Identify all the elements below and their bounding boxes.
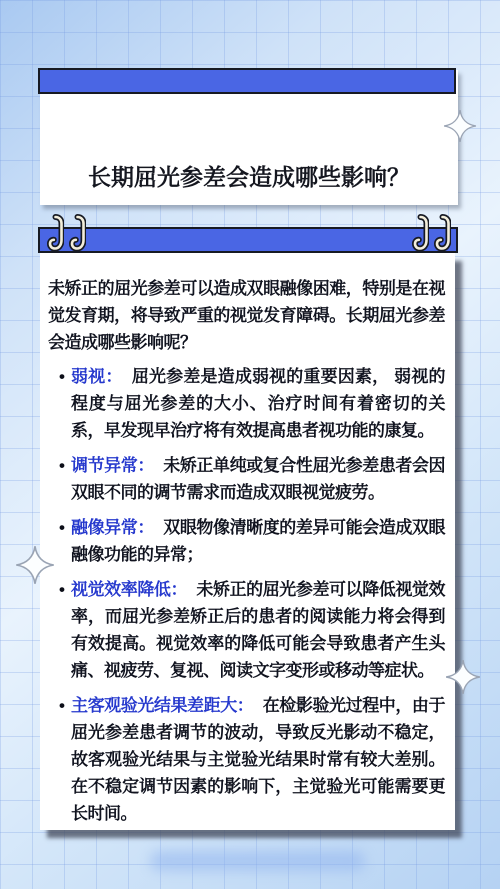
list-item: 融像异常：双眼物像清晰度的差异可能会造成双眼融像功能的异常； xyxy=(48,514,445,568)
list-item: 弱视：屈光参差是造成弱视的重要因素， 弱视的程度与屈光参差的大小、治疗时间有着密… xyxy=(48,363,445,444)
binder-ring-icon xyxy=(69,213,86,253)
binder-bar xyxy=(38,227,458,253)
list-item: 视觉效率降低：未矫正的屈光参差可以降低视觉效率，而屈光参差矫正后的患者的阅读能力… xyxy=(48,576,445,684)
bullet-keyword: 融像异常： xyxy=(71,518,154,537)
binder-ring-icon xyxy=(434,213,451,253)
content-card: 未矫正的屈光参差可以造成双眼融像困难，特别是在视觉发育期，将导致严重的视觉发育障… xyxy=(40,253,455,830)
header-accent-bar xyxy=(38,68,456,94)
bullet-keyword: 弱视： xyxy=(71,367,123,386)
intro-paragraph: 未矫正的屈光参差可以造成双眼融像困难，特别是在视觉发育期，将导致严重的视觉发育障… xyxy=(48,275,445,356)
list-item: 主客观验光结果差距大：在检影验光过程中，由于屈光参差患者调节的波动，导致反光影动… xyxy=(48,692,445,827)
list-item: 调节异常：未矫正单纯或复合性屈光参差患者会因双眼不同的调节需求而造成双眼视觉疲劳… xyxy=(48,452,445,506)
sparkle-icon xyxy=(445,659,481,695)
bullet-text: 屈光参差是造成弱视的重要因素， 弱视的程度与屈光参差的大小、治疗时间有着密切的关… xyxy=(71,367,445,440)
sparkle-icon xyxy=(15,545,55,585)
header-card: 长期屈光参差会造成哪些影响？ xyxy=(40,70,458,205)
binder-ring-icon xyxy=(47,213,64,253)
bullet-keyword: 视觉效率降低： xyxy=(71,580,187,599)
bullet-keyword: 调节异常： xyxy=(71,456,154,475)
sparkle-icon xyxy=(443,109,477,143)
bullet-keyword: 主客观验光结果差距大： xyxy=(71,696,253,715)
bullet-text: 在检影验光过程中，由于屈光参差患者调节的波动，导致反光影动不稳定，故客观验光结果… xyxy=(71,696,445,823)
page-title: 长期屈光参差会造成哪些影响？ xyxy=(40,159,458,192)
bullet-list: 弱视：屈光参差是造成弱视的重要因素， 弱视的程度与屈光参差的大小、治疗时间有着密… xyxy=(48,363,445,827)
binder-ring-icon xyxy=(412,213,429,253)
watermark-smudge xyxy=(150,851,365,871)
